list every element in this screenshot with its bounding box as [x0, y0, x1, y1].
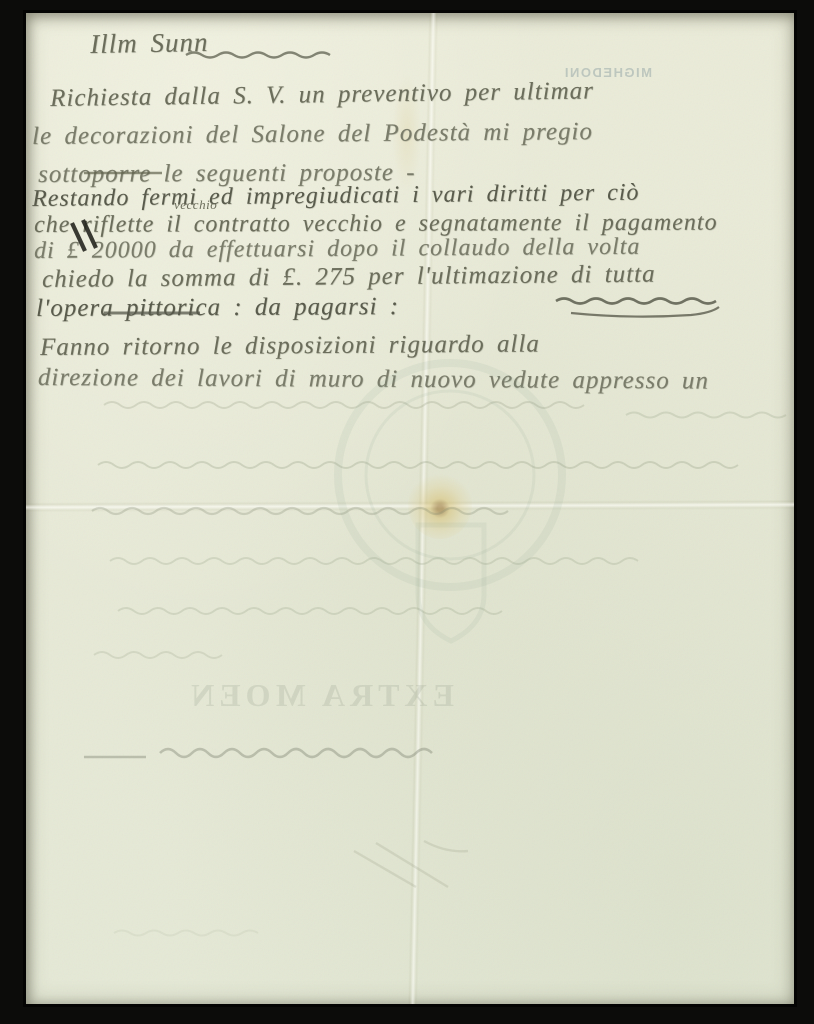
handwritten-line: le decorazioni del Salone del Podestà mi…: [32, 118, 593, 151]
handwritten-line: Richiesta dalla S. V. un preventivo per …: [50, 77, 594, 113]
ghost-handwriting: [104, 402, 584, 408]
bleedthrough-stamp-text: EXTRA MOEN: [234, 677, 454, 714]
scanner-background: EXTRA MOEN MIGHEDONI Illm Sunn Richiesta…: [0, 0, 814, 1024]
ghost-handwriting: [114, 931, 258, 936]
signature-ghost: [160, 749, 432, 757]
handwritten-line: di £ 20000 da effettuarsi dopo il collau…: [34, 234, 640, 265]
fold-stain: [408, 471, 472, 539]
pagarsi-underline: [571, 307, 719, 317]
handwritten-line: chiedo la somma di £. 275 per l'ultimazi…: [42, 261, 656, 294]
shield-ghost: [418, 525, 484, 641]
ghost-handwriting: [626, 413, 786, 418]
ghost-handwriting: [94, 652, 222, 658]
handwritten-line: Fanno ritorno le disposizioni riguardo a…: [40, 331, 540, 362]
handwritten-line: Restando fermi ed impregiudicati i vari …: [32, 180, 640, 213]
ghost-handwriting: [110, 558, 638, 564]
handwritten-line: l'opera pittorica : da pagarsi :: [36, 293, 399, 323]
handwritten-line: direzione dei lavori di muro di nuovo ve…: [38, 364, 709, 396]
salutation: Illm Sunn: [90, 27, 209, 60]
ghost-handwriting: [118, 608, 502, 614]
paper: EXTRA MOEN MIGHEDONI Illm Sunn Richiesta…: [26, 13, 794, 1004]
pagarsi-squiggle: [556, 299, 716, 304]
